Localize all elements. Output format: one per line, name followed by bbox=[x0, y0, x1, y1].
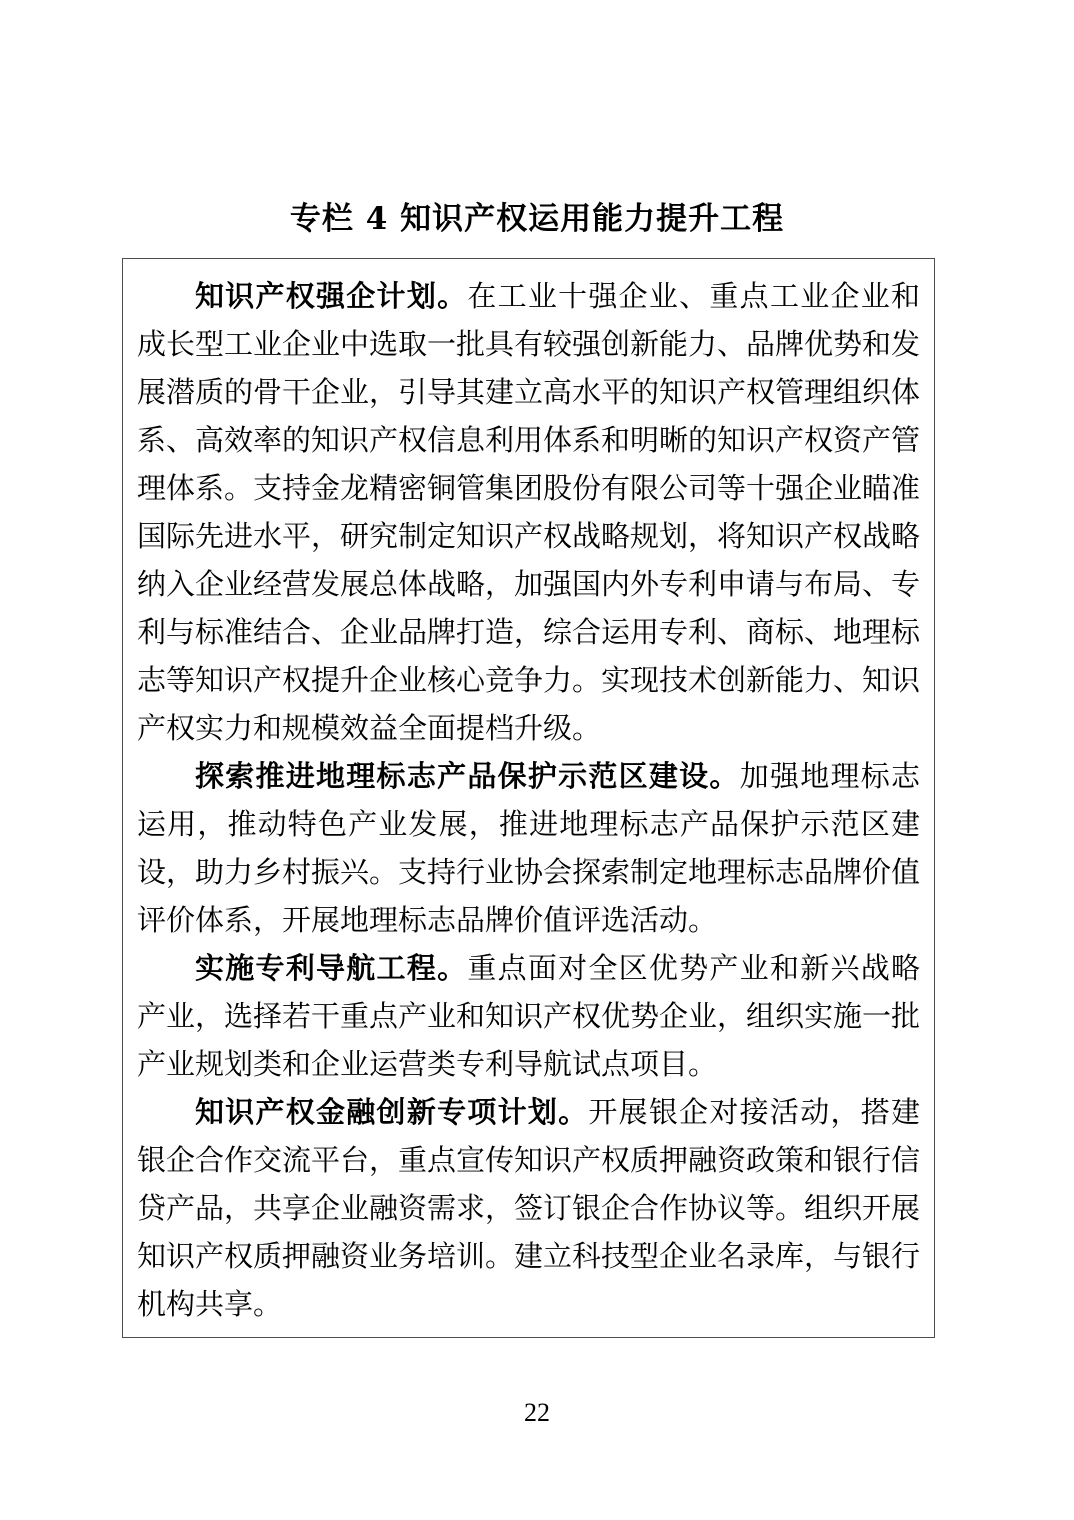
paragraph: 实施专利导航工程。重点面对全区优势产业和新兴战略产业，选择若干重点产业和知识产权… bbox=[137, 944, 920, 1088]
paragraph-lead: 探索推进地理标志产品保护示范区建设。 bbox=[195, 759, 740, 793]
paragraph-lead: 实施专利导航工程。 bbox=[195, 951, 467, 985]
document-page: 专栏 4 知识产权运用能力提升工程 知识产权强企计划。在工业十强企业、重点工业企… bbox=[0, 0, 1074, 1520]
paragraph: 知识产权金融创新专项计划。开展银企对接活动，搭建银企合作交流平台，重点宣传知识产… bbox=[137, 1088, 920, 1328]
page-number: 22 bbox=[0, 1398, 1074, 1428]
page-title: 专栏 4 知识产权运用能力提升工程 bbox=[0, 193, 1074, 238]
paragraph-body: 在工业十强企业、重点工业企业和成长型工业企业中选取一批具有较强创新能力、品牌优势… bbox=[137, 279, 920, 745]
paragraph: 知识产权强企计划。在工业十强企业、重点工业企业和成长型工业企业中选取一批具有较强… bbox=[137, 272, 920, 752]
paragraph: 探索推进地理标志产品保护示范区建设。加强地理标志运用，推动特色产业发展，推进地理… bbox=[137, 752, 920, 944]
paragraph-lead: 知识产权金融创新专项计划。 bbox=[195, 1095, 588, 1129]
content-box: 知识产权强企计划。在工业十强企业、重点工业企业和成长型工业企业中选取一批具有较强… bbox=[122, 258, 935, 1338]
paragraph-lead: 知识产权强企计划。 bbox=[195, 279, 467, 313]
